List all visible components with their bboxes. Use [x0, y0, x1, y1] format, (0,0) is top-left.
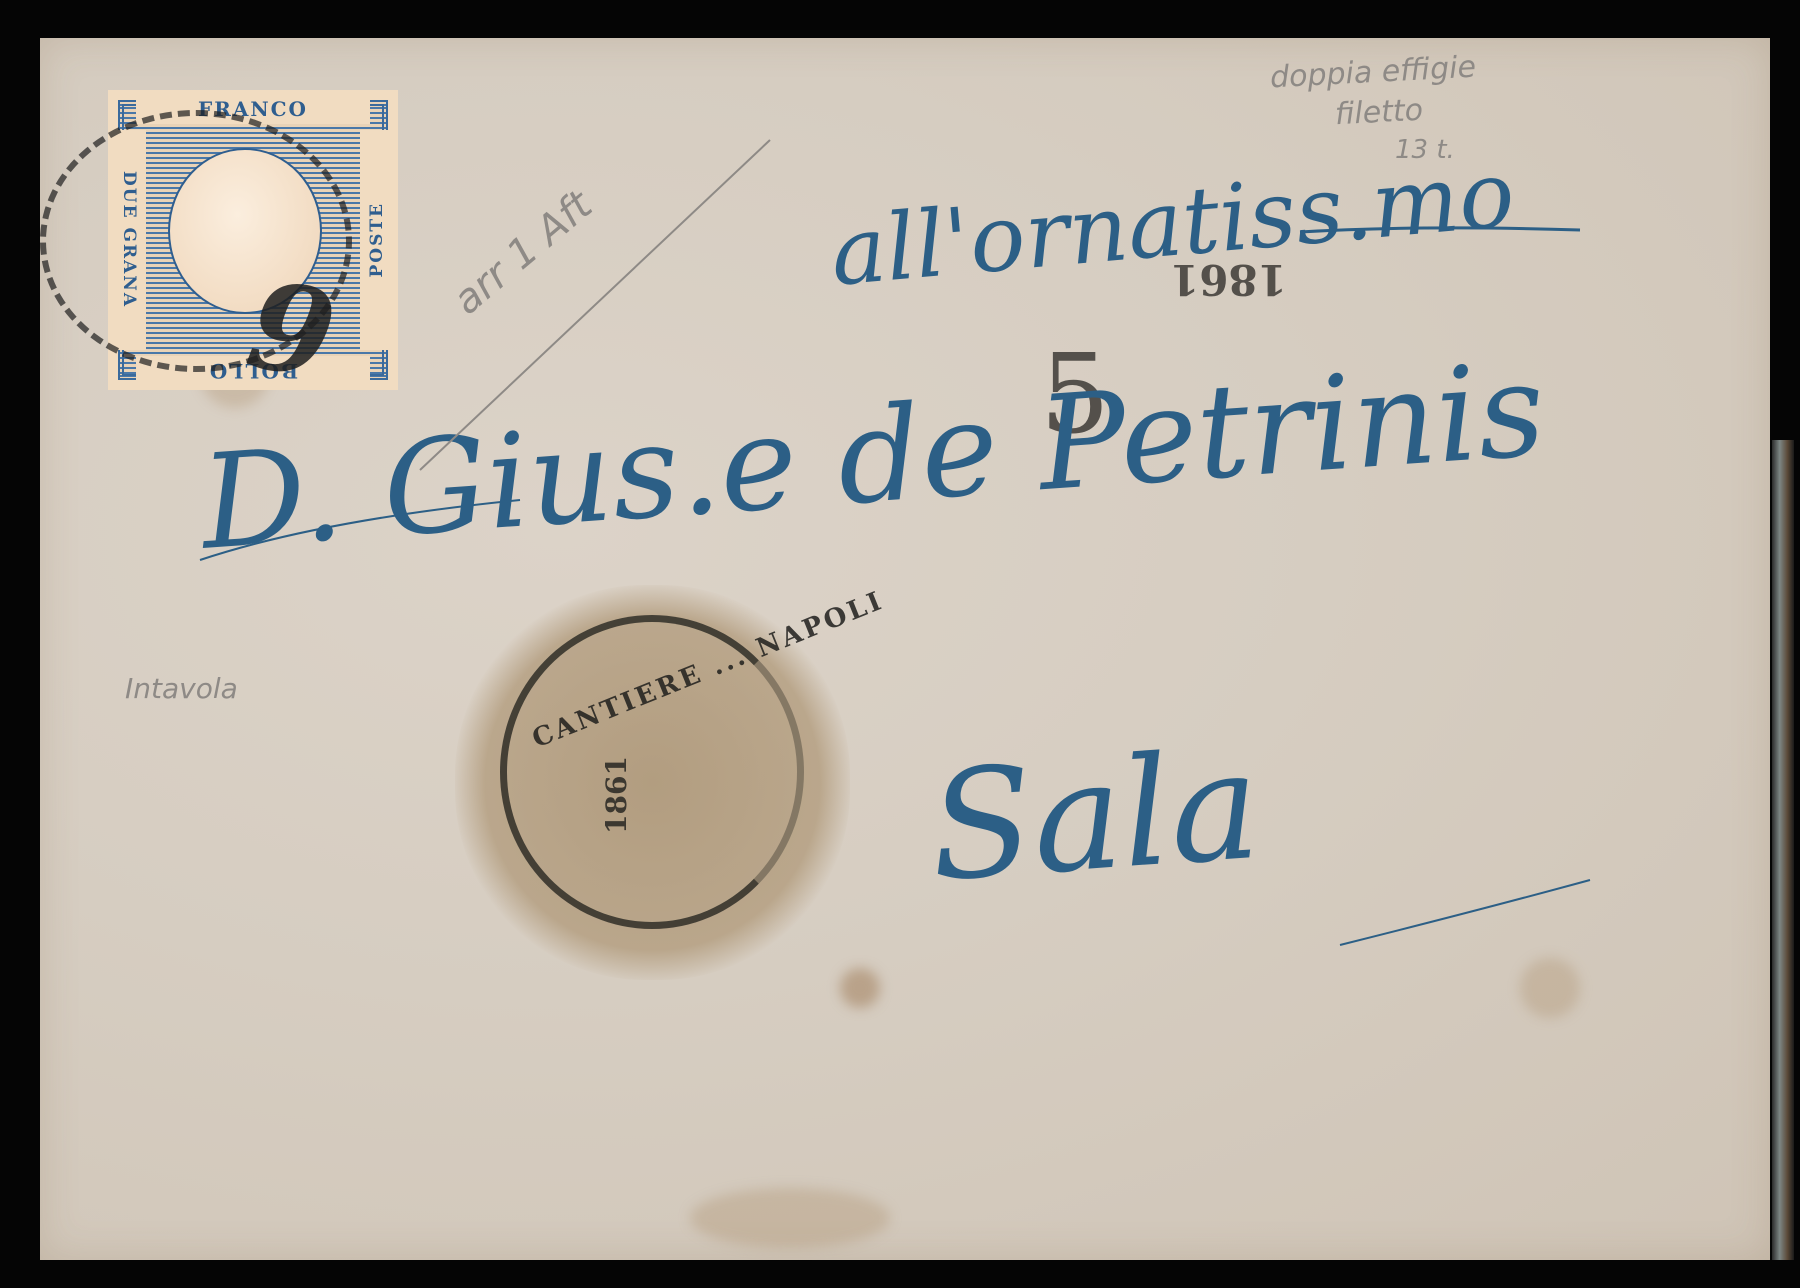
ink-flourishes	[0, 0, 1800, 1288]
seal-year: 1861	[600, 735, 720, 855]
